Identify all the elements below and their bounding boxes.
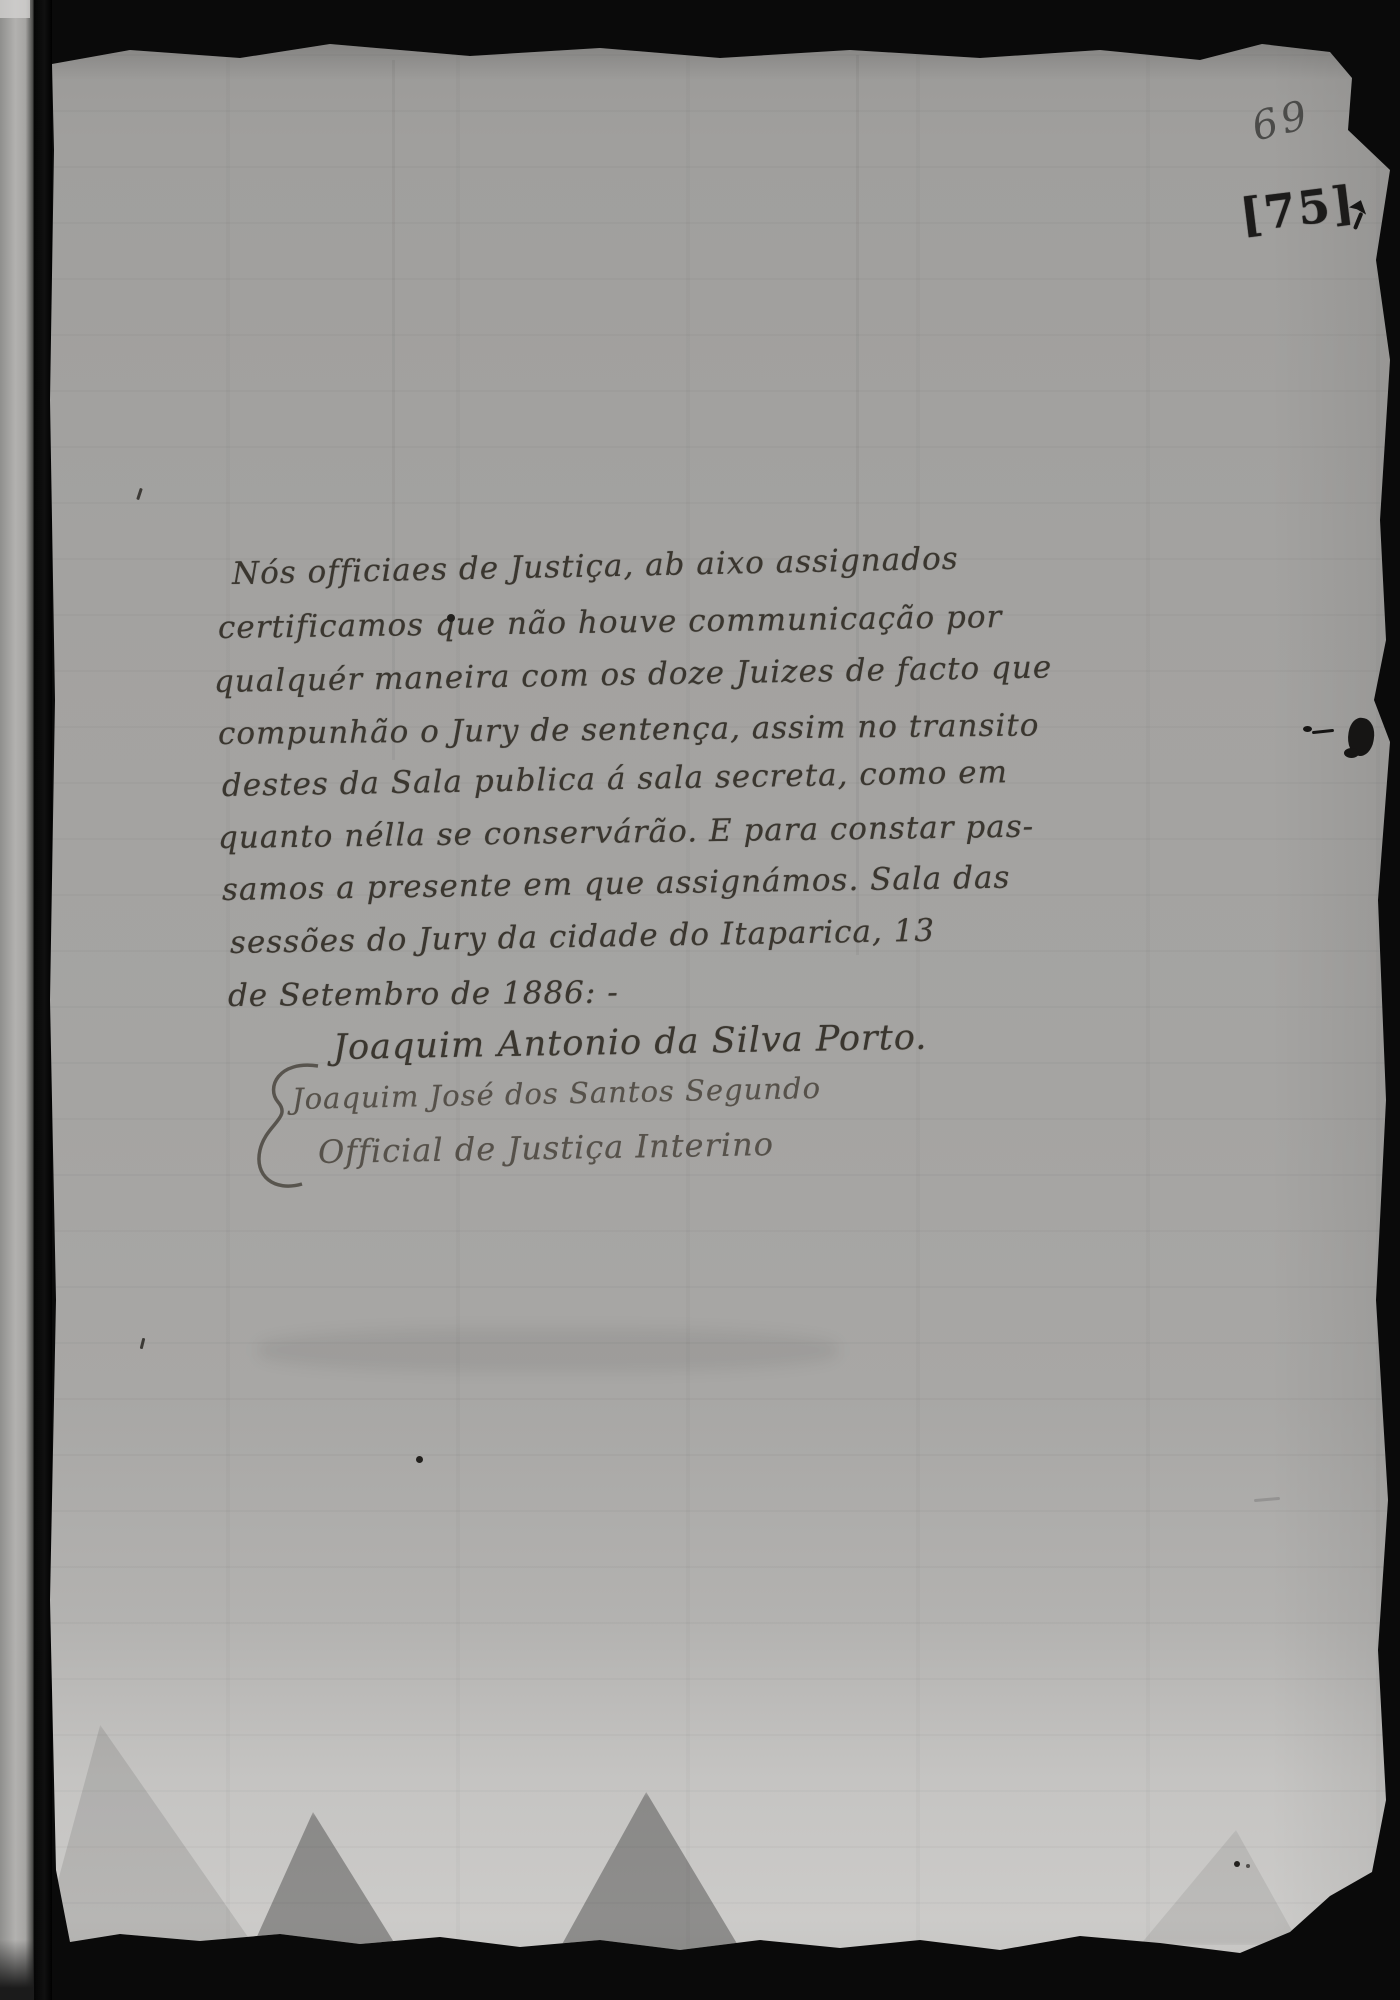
ink-blot [1303, 726, 1312, 732]
book-gutter-shadow [34, 0, 52, 2000]
signature-flourish [248, 1058, 338, 1198]
folio-number-ink: [75] [1237, 175, 1358, 243]
manuscript-line: certificamos que não houve communicação … [218, 599, 1003, 646]
ink-bleedthrough-smudge [258, 1328, 838, 1372]
signature-line: Official de Justiça Interino [318, 1125, 775, 1171]
manuscript-line: samos a presente em que assignámos. Sala… [222, 860, 1011, 908]
ink-speck [416, 1456, 423, 1463]
manuscript-line: sessões do Jury da cidade do Itaparica, … [230, 913, 936, 961]
manuscript-line: Nós officiaes de Justiça, ab aixo assign… [232, 541, 959, 592]
ink-blot [1344, 748, 1359, 758]
ink-arrow-tail [1353, 212, 1363, 230]
ink-arrow-mark [1346, 199, 1372, 232]
ink-speck [447, 614, 455, 622]
manuscript-line: destes da Sala publica á sala secreta, c… [222, 754, 1009, 804]
margin-tick [136, 488, 143, 500]
water-stain [1140, 1830, 1300, 1945]
torn-edge-ink-mark [1298, 1937, 1310, 1960]
manuscript-line: quanto nélla se conservárão. E para cons… [218, 809, 1035, 856]
top-edge-shadow [0, 40, 1400, 80]
folio-number-pencil: 69 [1247, 92, 1315, 151]
margin-tick [140, 1338, 146, 1349]
ink-blot-tail [1312, 729, 1334, 734]
adjacent-page-corner-highlight [0, 0, 30, 18]
water-stain [40, 1725, 255, 1947]
adjacent-page-bottom-shadow [0, 1940, 34, 2000]
ink-speck [1234, 1861, 1240, 1867]
signature-line: Joaquim José dos Santos Segundo [292, 1071, 822, 1116]
right-edge-shadow [1270, 0, 1400, 2000]
paper-crease [392, 60, 395, 760]
torn-edge-ink-mark [1318, 1933, 1337, 1959]
scan-background: 69 [75] Nós officiaes de Justiça, ab aix… [0, 0, 1400, 2000]
torn-edge-ink-mark [1309, 1910, 1336, 1923]
ink-arrow-head [1348, 199, 1368, 217]
manuscript-page: 69 [75] Nós officiaes de Justiça, ab aix… [0, 0, 1400, 2000]
shadow-stain [555, 1792, 745, 1957]
adjacent-page-edge [0, 0, 34, 2000]
signature-line: Joaquim Antonio da Silva Porto. [333, 1018, 928, 1068]
ink-speck [1246, 1864, 1250, 1868]
manuscript-line: de Setembro de 1886: - [228, 975, 619, 1014]
paper-crease [856, 55, 859, 955]
manuscript-line: qualquér maneira com os doze Juizes de f… [214, 649, 1053, 700]
shadow-stain [250, 1812, 400, 1952]
manuscript-line: compunhão o Jury de sentença, assim no t… [218, 707, 1040, 752]
ink-blot [1345, 716, 1377, 758]
pencil-dash-mark [1254, 1497, 1280, 1502]
